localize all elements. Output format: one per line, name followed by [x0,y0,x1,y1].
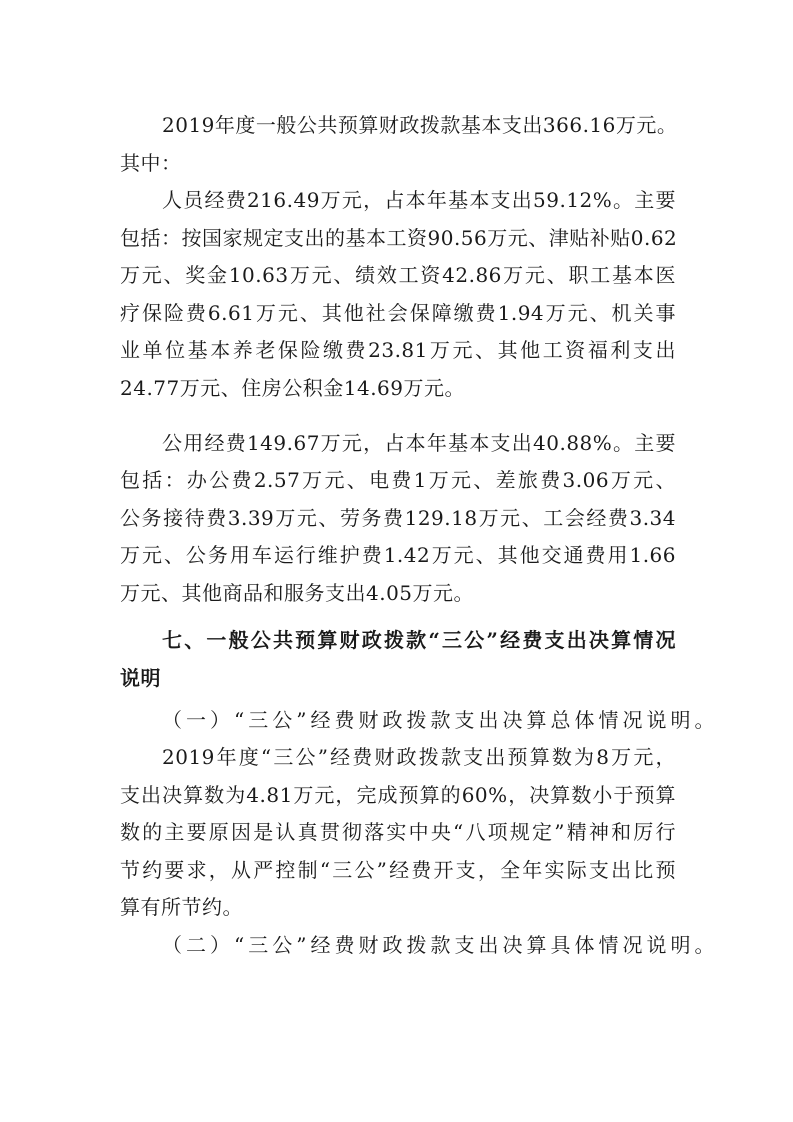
paragraph-personnel-line-1: 人员经费216.49万元，占本年基本支出59.12%。主要 [162,187,676,213]
section-heading-seven-line-1: 七、一般公共预算财政拨款“三公”经费支出决算情况 [162,627,676,653]
paragraph-personnel-line-3: 万元、奖金10.63万元、绩效工资42.86万元、职工基本医 [120,262,676,288]
paragraph-personnel-line-2: 包括：按国家规定支出的基本工资90.56万元、津贴补贴0.62 [120,225,676,251]
section-heading-seven-line-2: 说明 [120,665,676,691]
paragraph-public-line-3: 公务接待费3.39万元、劳务费129.18万元、工会经费3.34 [120,505,676,531]
subheading-one: （一）“三公”经费财政拨款支出决算总体情况说明。 [162,707,676,733]
paragraph-basic-expenditure-line-2: 其中： [120,150,676,176]
paragraph-public-line-4: 万元、公务用车运行维护费1.42万元、其他交通费用1.66 [120,542,676,568]
paragraph-three-public-line-4: 节约要求，从严控制“三公”经费开支，全年实际支出比预 [120,857,676,883]
paragraph-personnel-line-5: 业单位基本养老保险缴费23.81万元、其他工资福利支出 [120,337,676,363]
paragraph-three-public-line-1: 2019年度“三公”经费财政拨款支出预算数为8万元， [162,744,676,770]
paragraph-basic-expenditure-line-1: 2019年度一般公共预算财政拨款基本支出366.16万元。 [162,112,676,138]
paragraph-three-public-line-5: 算有所节约。 [120,894,676,920]
paragraph-personnel-line-4: 疗保险费6.61万元、其他社会保障缴费1.94万元、机关事 [120,300,676,326]
paragraph-personnel-line-6: 24.77万元、住房公积金14.69万元。 [120,375,676,401]
document-page: 2019年度一般公共预算财政拨款基本支出366.16万元。 其中： 人员经费21… [0,0,793,1122]
paragraph-public-line-2: 包括：办公费2.57万元、电费1万元、差旅费3.06万元、 [120,467,676,493]
paragraph-three-public-line-2: 支出决算数为4.81万元，完成预算的60%，决算数小于预算 [120,782,676,808]
paragraph-public-line-5: 万元、其他商品和服务支出4.05万元。 [120,580,676,606]
paragraph-three-public-line-3: 数的主要原因是认真贯彻落实中央“八项规定”精神和厉行 [120,819,676,845]
paragraph-public-line-1: 公用经费149.67万元，占本年基本支出40.88%。主要 [162,430,676,456]
subheading-two: （二）“三公”经费财政拨款支出决算具体情况说明。 [162,932,676,958]
